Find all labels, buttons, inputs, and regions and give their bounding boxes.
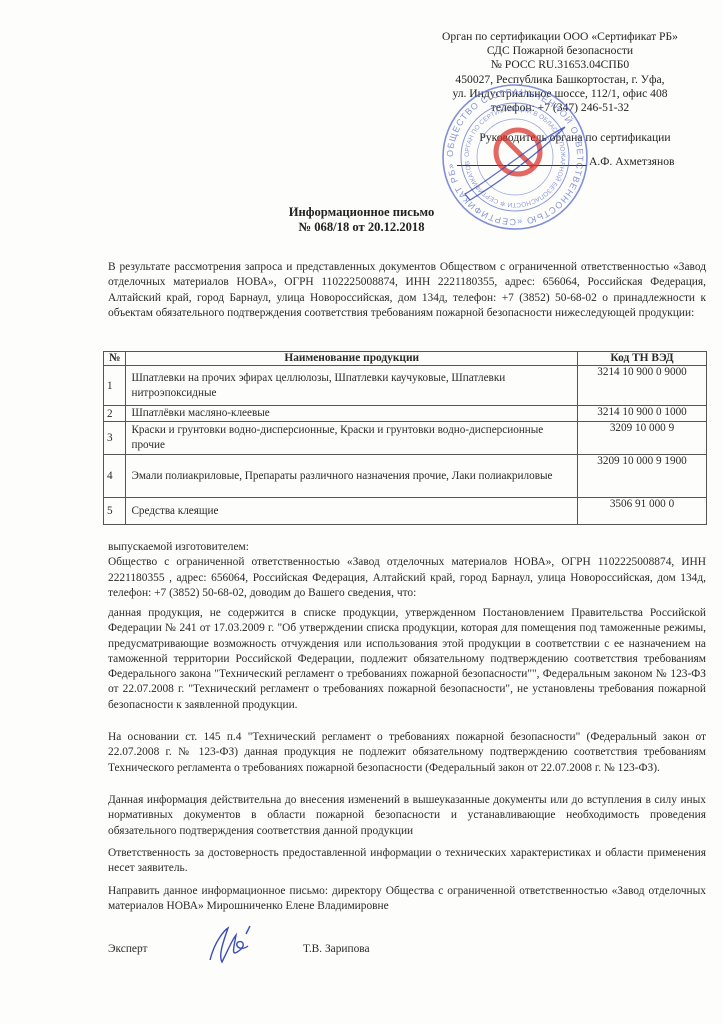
manufacturer-label: выпускаемой изготовителем: xyxy=(108,540,706,555)
signer-name: А.Ф. Ахметзянов xyxy=(589,155,674,168)
header-num: № xyxy=(104,352,126,366)
row-num: 3 xyxy=(104,422,126,455)
row-code: 3209 10 000 9 1900 xyxy=(578,455,707,498)
header-line-sds: СДС Пожарной безопасности xyxy=(410,44,710,58)
row-product-name: Краски и грунтовки водно-дисперсионные, … xyxy=(126,422,578,455)
expert-role: Эксперт xyxy=(108,943,148,955)
intro-paragraph: В результате рассмотрения запроса и пред… xyxy=(108,260,706,321)
header-product-name: Наименование продукции xyxy=(126,352,578,366)
row-code: 3209 10 000 9 xyxy=(578,422,707,455)
certification-body-header: Орган по сертификации ООО «Сертификат РБ… xyxy=(410,30,710,115)
signature-line xyxy=(457,165,587,166)
signer-role: Руководитель органа по сертификации xyxy=(440,131,710,144)
row-product-name: Средства клеящие xyxy=(126,498,578,525)
row-num: 4 xyxy=(104,455,126,498)
row-product-name: Шпатлёвки масляно-клеевые xyxy=(126,406,578,422)
row-num: 5 xyxy=(104,498,126,525)
responsibility-paragraph: Ответственность за достоверность предост… xyxy=(108,846,706,877)
row-product-name: Эмали полиакриловые, Препараты различног… xyxy=(126,455,578,498)
row-num: 1 xyxy=(104,366,126,406)
table-row: 5 Средства клеящие 3506 91 000 0 xyxy=(104,498,707,525)
row-num: 2 xyxy=(104,406,126,422)
legal-basis-paragraph: На основании ст. 145 п.4 "Технический ре… xyxy=(108,730,706,776)
table-header-row: № Наименование продукции Код ТН ВЭД xyxy=(104,352,707,366)
expert-signature-icon xyxy=(200,920,260,970)
document-page: Орган по сертификации ООО «Сертификат РБ… xyxy=(0,0,723,1024)
letter-title: Информационное письмо № 068/18 от 20.12.… xyxy=(0,205,723,235)
header-line-reg-number: № РОСС RU.31653.04СПБ0 xyxy=(410,58,710,72)
manufacturer-block: выпускаемой изготовителем: Общество с ог… xyxy=(108,540,706,601)
decision-paragraph: данная продукция, не содержится в списке… xyxy=(108,606,706,713)
table-row: 2 Шпатлёвки масляно-клеевые 3214 10 900 … xyxy=(104,406,707,422)
table-row: 4 Эмали полиакриловые, Препараты различн… xyxy=(104,455,707,498)
manufacturer-text: Общество с ограниченной ответственностью… xyxy=(108,555,706,601)
header-line-org: Орган по сертификации ООО «Сертификат РБ… xyxy=(410,30,710,44)
row-code: 3506 91 000 0 xyxy=(578,498,707,525)
svg-text:ОРГАН ПО СЕРТИФИКАЦИИ В ОБЛАСТ: ОРГАН ПО СЕРТИФИКАЦИИ В ОБЛАСТИ ПОЖАРНОЙ… xyxy=(464,106,566,208)
table-row: 1 Шпатлевки на прочих эфирах целлюлозы, … xyxy=(104,366,707,406)
table-row: 3 Краски и грунтовки водно-дисперсионные… xyxy=(104,422,707,455)
products-table: № Наименование продукции Код ТН ВЭД 1 Шп… xyxy=(103,351,707,525)
letter-title-text: Информационное письмо xyxy=(0,205,723,220)
row-code: 3214 10 900 0 9000 xyxy=(578,366,707,406)
recipient-paragraph: Направить данное информационное письмо: … xyxy=(108,884,706,915)
row-code: 3214 10 900 0 1000 xyxy=(578,406,707,422)
expert-name: Т.В. Зарипова xyxy=(303,943,370,955)
row-product-name: Шпатлевки на прочих эфирах целлюлозы, Шп… xyxy=(126,366,578,406)
letter-number-date: № 068/18 от 20.12.2018 xyxy=(0,220,723,235)
header-line-city: 450027, Республика Башкортостан, г. Уфа, xyxy=(410,73,710,87)
header-tn-ved-code: Код ТН ВЭД xyxy=(578,352,707,366)
header-line-phone: телефон: +7 (347) 246-51-32 xyxy=(410,101,710,115)
validity-paragraph: Данная информация действительна до внесе… xyxy=(108,793,706,839)
header-line-street: ул. Индустриальное шоссе, 112/1, офис 40… xyxy=(410,87,710,101)
